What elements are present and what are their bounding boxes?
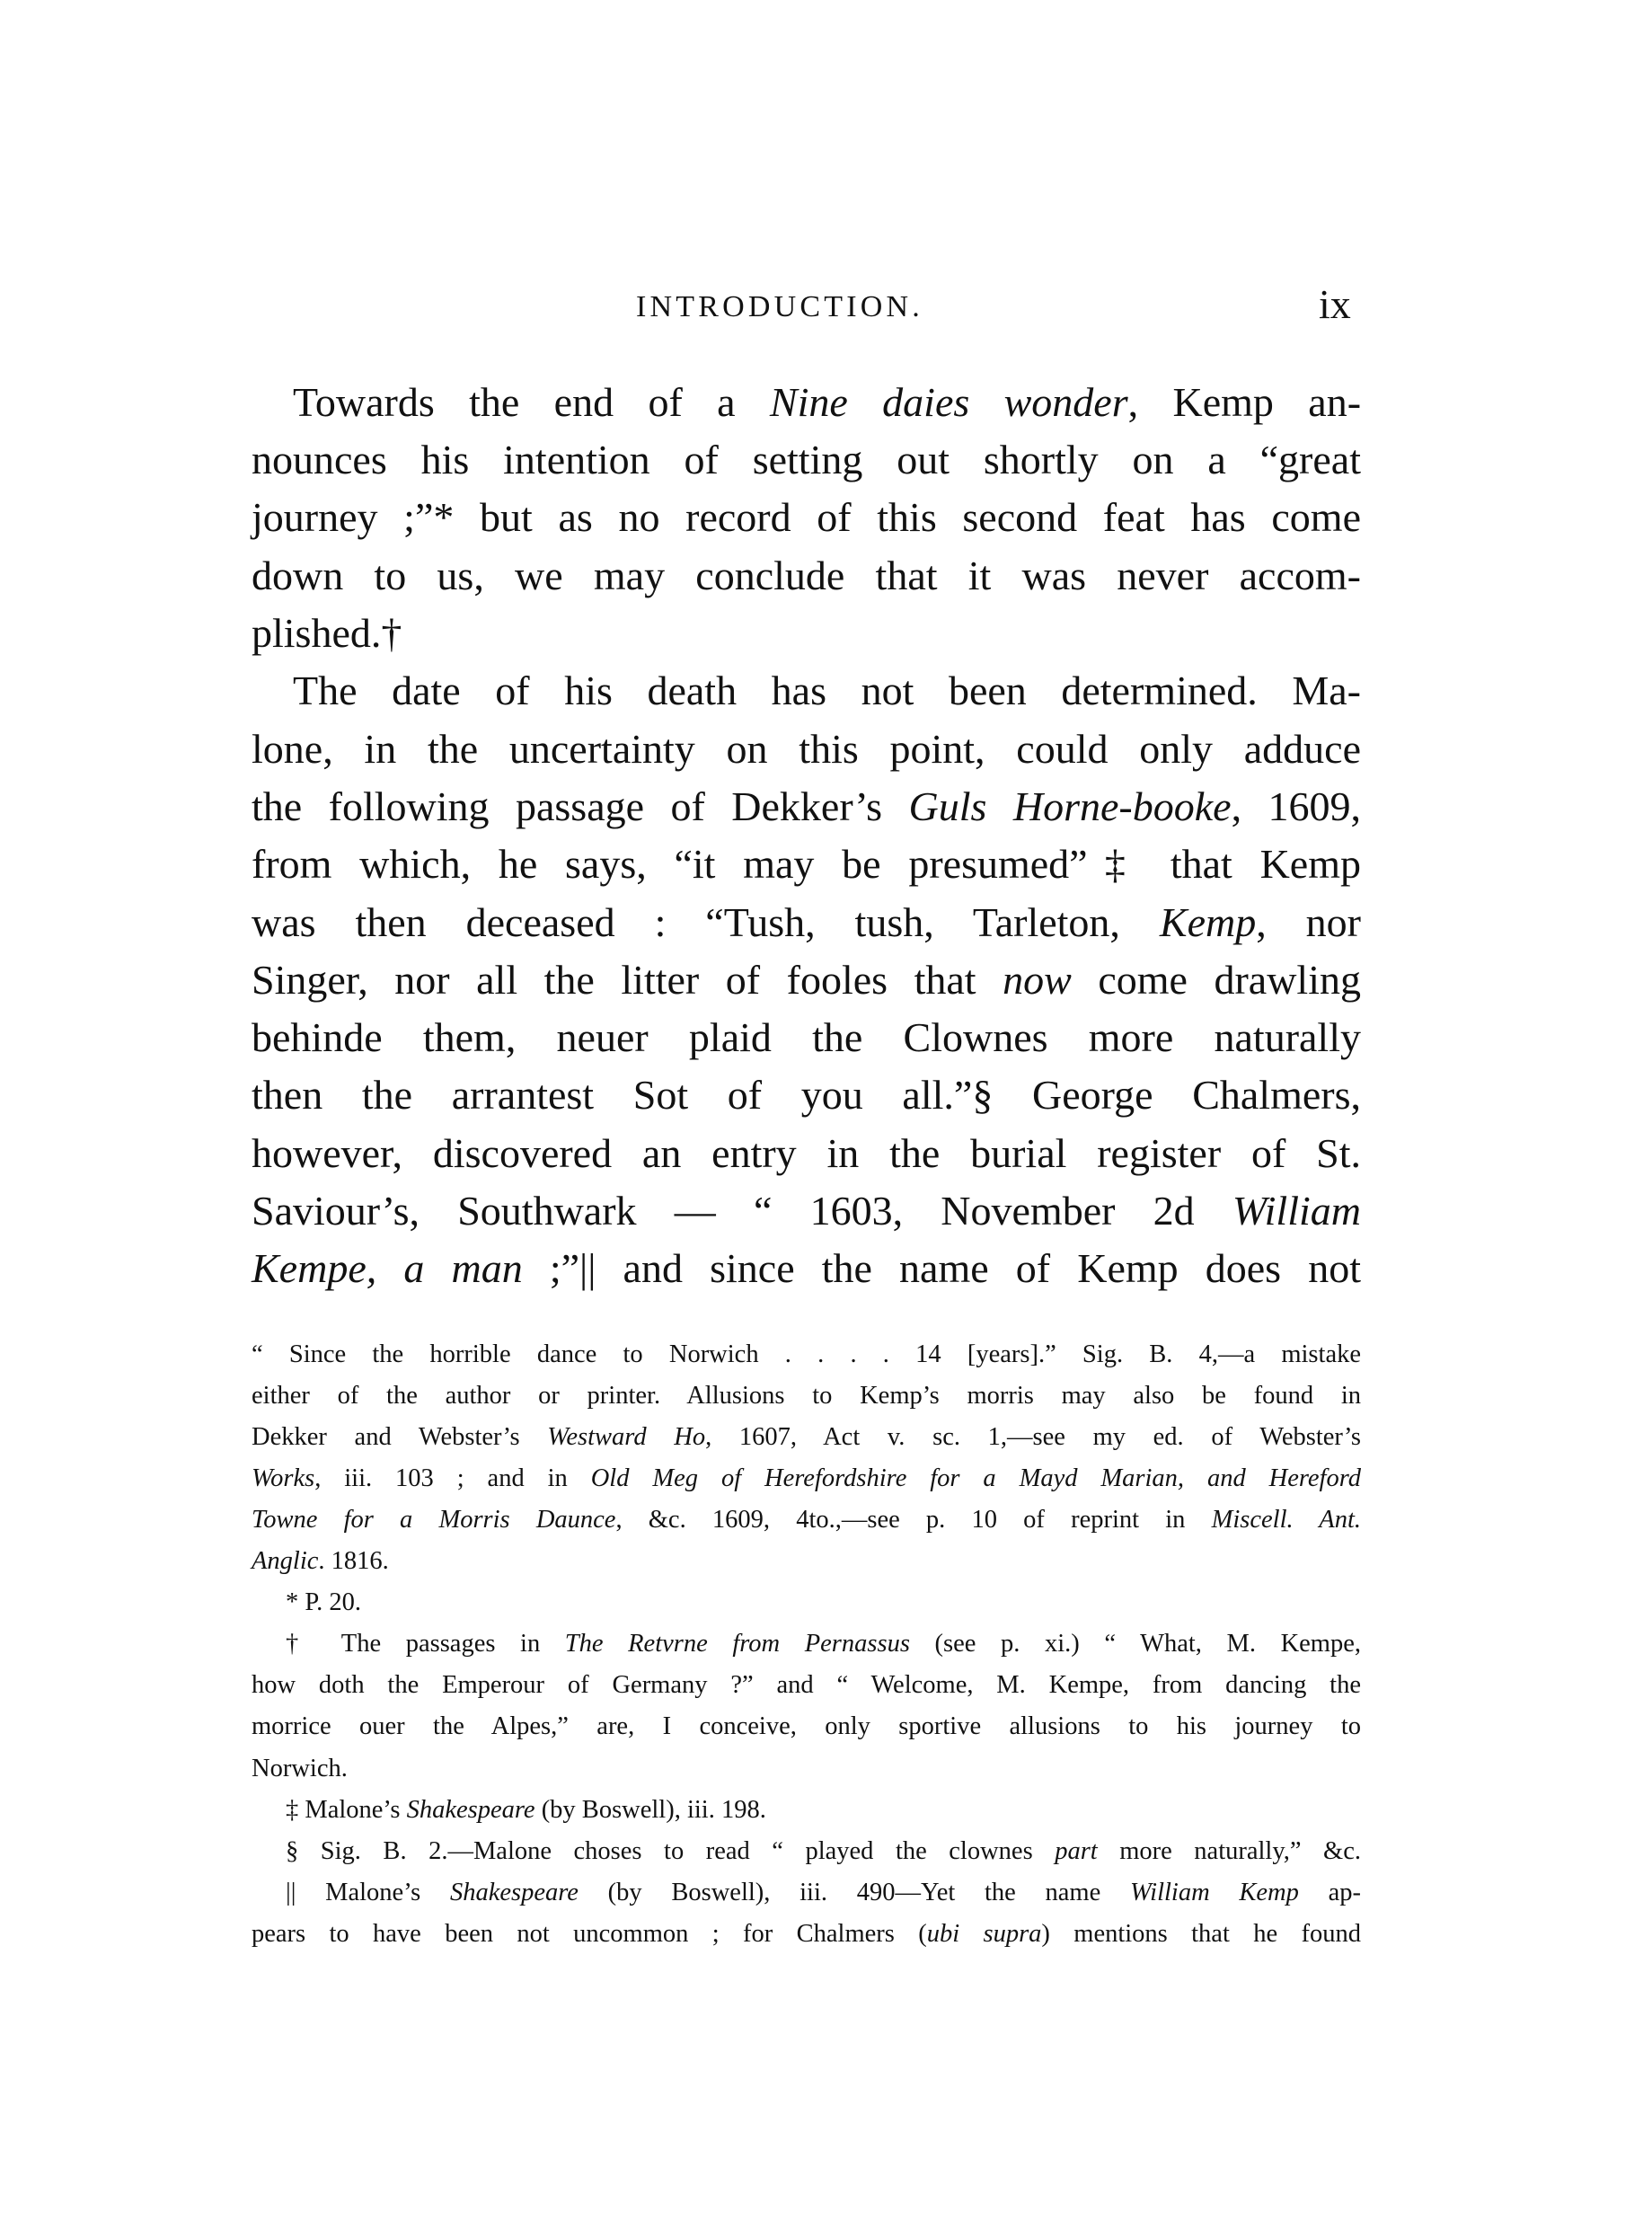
text-segment: “ Since the horrible dance to Norwich . … bbox=[252, 1340, 1361, 1368]
book-page: INTRODUCTION. ix Towards the end of a Ni… bbox=[0, 0, 1652, 2220]
text-segment: Saviour’s, Southwark — “ 1603, November … bbox=[252, 1188, 1232, 1234]
italic-text: now bbox=[1003, 957, 1072, 1003]
footnote-line: ‡ Malone’s Shakespeare (by Boswell), iii… bbox=[286, 1794, 1361, 1826]
page-number: ix bbox=[1319, 282, 1351, 327]
text-segment: (see p. xi.) “ What, M. Kempe, bbox=[910, 1630, 1361, 1658]
text-segment: , nor bbox=[1256, 899, 1361, 945]
body-line: Singer, nor all the litter of fooles tha… bbox=[252, 955, 1361, 1005]
text-segment: was then deceased : “Tush, tush, Tarleto… bbox=[252, 899, 1160, 945]
italic-text: Towne for a Morris Daunce bbox=[252, 1506, 615, 1534]
text-segment: plished.† bbox=[252, 610, 402, 656]
body-line: however, discovered an entry in the buri… bbox=[252, 1128, 1361, 1179]
body-line: Towards the end of a Nine daies wonder, … bbox=[293, 377, 1361, 428]
footnote-line: * P. 20. bbox=[286, 1587, 1361, 1619]
italic-text: Guls Horne-booke bbox=[909, 783, 1232, 829]
footnote-line: † The passages in The Retvrne from Perna… bbox=[286, 1628, 1361, 1660]
text-segment: either of the author or printer. Allusio… bbox=[252, 1382, 1361, 1410]
text-segment: behinde them, neuer plaid the Clownes mo… bbox=[252, 1014, 1361, 1060]
italic-text: part bbox=[1055, 1837, 1098, 1865]
italic-text: The Retvrne from Pernassus bbox=[565, 1630, 910, 1658]
text-segment: from which, he says, “it may be presumed… bbox=[252, 841, 1361, 887]
italic-text: Old Meg of Herefordshire for a Mayd Mari… bbox=[591, 1464, 1361, 1492]
text-segment: , 1609, bbox=[1232, 783, 1361, 829]
text-segment: ‡ Malone’s bbox=[286, 1796, 407, 1824]
text-segment: * P. 20. bbox=[286, 1588, 361, 1616]
text-segment: lone, in the uncertainty on this point, … bbox=[252, 726, 1361, 772]
text-segment: Norwich. bbox=[252, 1755, 348, 1782]
text-segment: the following passage of Dekker’s bbox=[252, 783, 909, 829]
footnote-line: Anglic. 1816. bbox=[252, 1545, 1361, 1578]
text-segment: . 1816. bbox=[318, 1547, 388, 1575]
footnote-line: Works, iii. 103 ; and in Old Meg of Here… bbox=[252, 1463, 1361, 1495]
text-segment: , 1607, Act v. sc. 1,—see my ed. of Webs… bbox=[705, 1423, 1361, 1451]
text-segment: † The passages in bbox=[286, 1630, 565, 1658]
text-segment: § Sig. B. 2.—Malone choses to read “ pla… bbox=[286, 1837, 1055, 1865]
text-segment: || Malone’s bbox=[286, 1879, 450, 1906]
text-segment: however, discovered an entry in the buri… bbox=[252, 1130, 1361, 1176]
text-segment: ) mentions that he found bbox=[1041, 1920, 1361, 1948]
body-line: lone, in the uncertainty on this point, … bbox=[252, 724, 1361, 774]
text-segment: ;”|| and since the name of Kemp does not bbox=[523, 1245, 1361, 1291]
body-line: from which, he says, “it may be presumed… bbox=[252, 839, 1361, 889]
footnote-line: Dekker and Webster’s Westward Ho, 1607, … bbox=[252, 1421, 1361, 1454]
text-segment: then the arrantest Sot of you all.”§ Geo… bbox=[252, 1072, 1361, 1118]
italic-text: Shakespeare bbox=[407, 1796, 535, 1824]
text-segment: more naturally,” &c. bbox=[1098, 1837, 1361, 1865]
text-segment: Singer, nor all the litter of fooles tha… bbox=[252, 957, 1003, 1003]
text-segment: (by Boswell), iii. 490—Yet the name bbox=[579, 1879, 1130, 1906]
text-segment: pears to have been not uncommon ; for Ch… bbox=[252, 1920, 927, 1948]
text-segment: down to us, we may conclude that it was … bbox=[252, 553, 1361, 598]
text-segment: journey ;”* but as no record of this sec… bbox=[252, 494, 1361, 540]
text-segment: (by Boswell), iii. 198. bbox=[535, 1796, 766, 1824]
text-segment: , &c. 1609, 4to.,—see p. 10 of reprint i… bbox=[615, 1506, 1211, 1534]
italic-text: Westward Ho bbox=[547, 1423, 705, 1451]
text-segment: Dekker and Webster’s bbox=[252, 1423, 547, 1451]
body-line: the following passage of Dekker’s Guls H… bbox=[252, 782, 1361, 832]
footnote-line: || Malone’s Shakespeare (by Boswell), ii… bbox=[286, 1877, 1361, 1909]
text-segment: , Kemp an- bbox=[1128, 379, 1361, 425]
footnote-line: pears to have been not uncommon ; for Ch… bbox=[252, 1918, 1361, 1950]
text-segment: ap- bbox=[1299, 1879, 1361, 1906]
footnote-line: “ Since the horrible dance to Norwich . … bbox=[252, 1339, 1361, 1371]
body-line: journey ;”* but as no record of this sec… bbox=[252, 492, 1361, 543]
text-segment: how doth the Emperour of Germany ?” and … bbox=[252, 1671, 1361, 1699]
footnote-line: how doth the Emperour of Germany ?” and … bbox=[252, 1669, 1361, 1702]
text-segment: nounces his intention of setting out sho… bbox=[252, 437, 1361, 482]
italic-text: Kemp bbox=[1160, 899, 1256, 945]
text-segment: The date of his death has not been deter… bbox=[293, 668, 1361, 713]
body-line: Kempe, a man ;”|| and since the name of … bbox=[252, 1243, 1361, 1294]
italic-text: William bbox=[1232, 1188, 1361, 1234]
italic-text: Nine daies wonder bbox=[770, 379, 1128, 425]
body-line: then the arrantest Sot of you all.”§ Geo… bbox=[252, 1070, 1361, 1120]
italic-text: Anglic bbox=[252, 1547, 318, 1575]
footnote-line: morrice ouer the Alpes,” are, I conceive… bbox=[252, 1711, 1361, 1743]
body-line: The date of his death has not been deter… bbox=[293, 666, 1361, 716]
italic-text: ubi supra bbox=[927, 1920, 1042, 1948]
italic-text: Miscell. Ant. bbox=[1212, 1506, 1361, 1534]
text-segment: , iii. 103 ; and in bbox=[314, 1464, 591, 1492]
text-segment: morrice ouer the Alpes,” are, I conceive… bbox=[252, 1712, 1361, 1740]
body-line: Saviour’s, Southwark — “ 1603, November … bbox=[252, 1186, 1361, 1236]
italic-text: Kempe, a man bbox=[252, 1245, 523, 1291]
body-line: was then deceased : “Tush, tush, Tarleto… bbox=[252, 898, 1361, 948]
italic-text: Works bbox=[252, 1464, 314, 1492]
footnote-line: Towne for a Morris Daunce, &c. 1609, 4to… bbox=[252, 1504, 1361, 1536]
text-segment: Towards the end of a bbox=[293, 379, 770, 425]
body-line: behinde them, neuer plaid the Clownes mo… bbox=[252, 1013, 1361, 1063]
footnote-line: either of the author or printer. Allusio… bbox=[252, 1380, 1361, 1412]
footnote-line: § Sig. B. 2.—Malone choses to read “ pla… bbox=[286, 1835, 1361, 1868]
italic-text: William Kemp bbox=[1130, 1879, 1299, 1906]
text-segment: come drawling bbox=[1072, 957, 1361, 1003]
body-line: nounces his intention of setting out sho… bbox=[252, 435, 1361, 485]
footnote-line: Norwich. bbox=[252, 1753, 1361, 1785]
italic-text: Shakespeare bbox=[450, 1879, 579, 1906]
running-head-title: INTRODUCTION. bbox=[636, 289, 923, 325]
body-line: plished.† bbox=[252, 608, 1361, 659]
body-line: down to us, we may conclude that it was … bbox=[252, 551, 1361, 601]
